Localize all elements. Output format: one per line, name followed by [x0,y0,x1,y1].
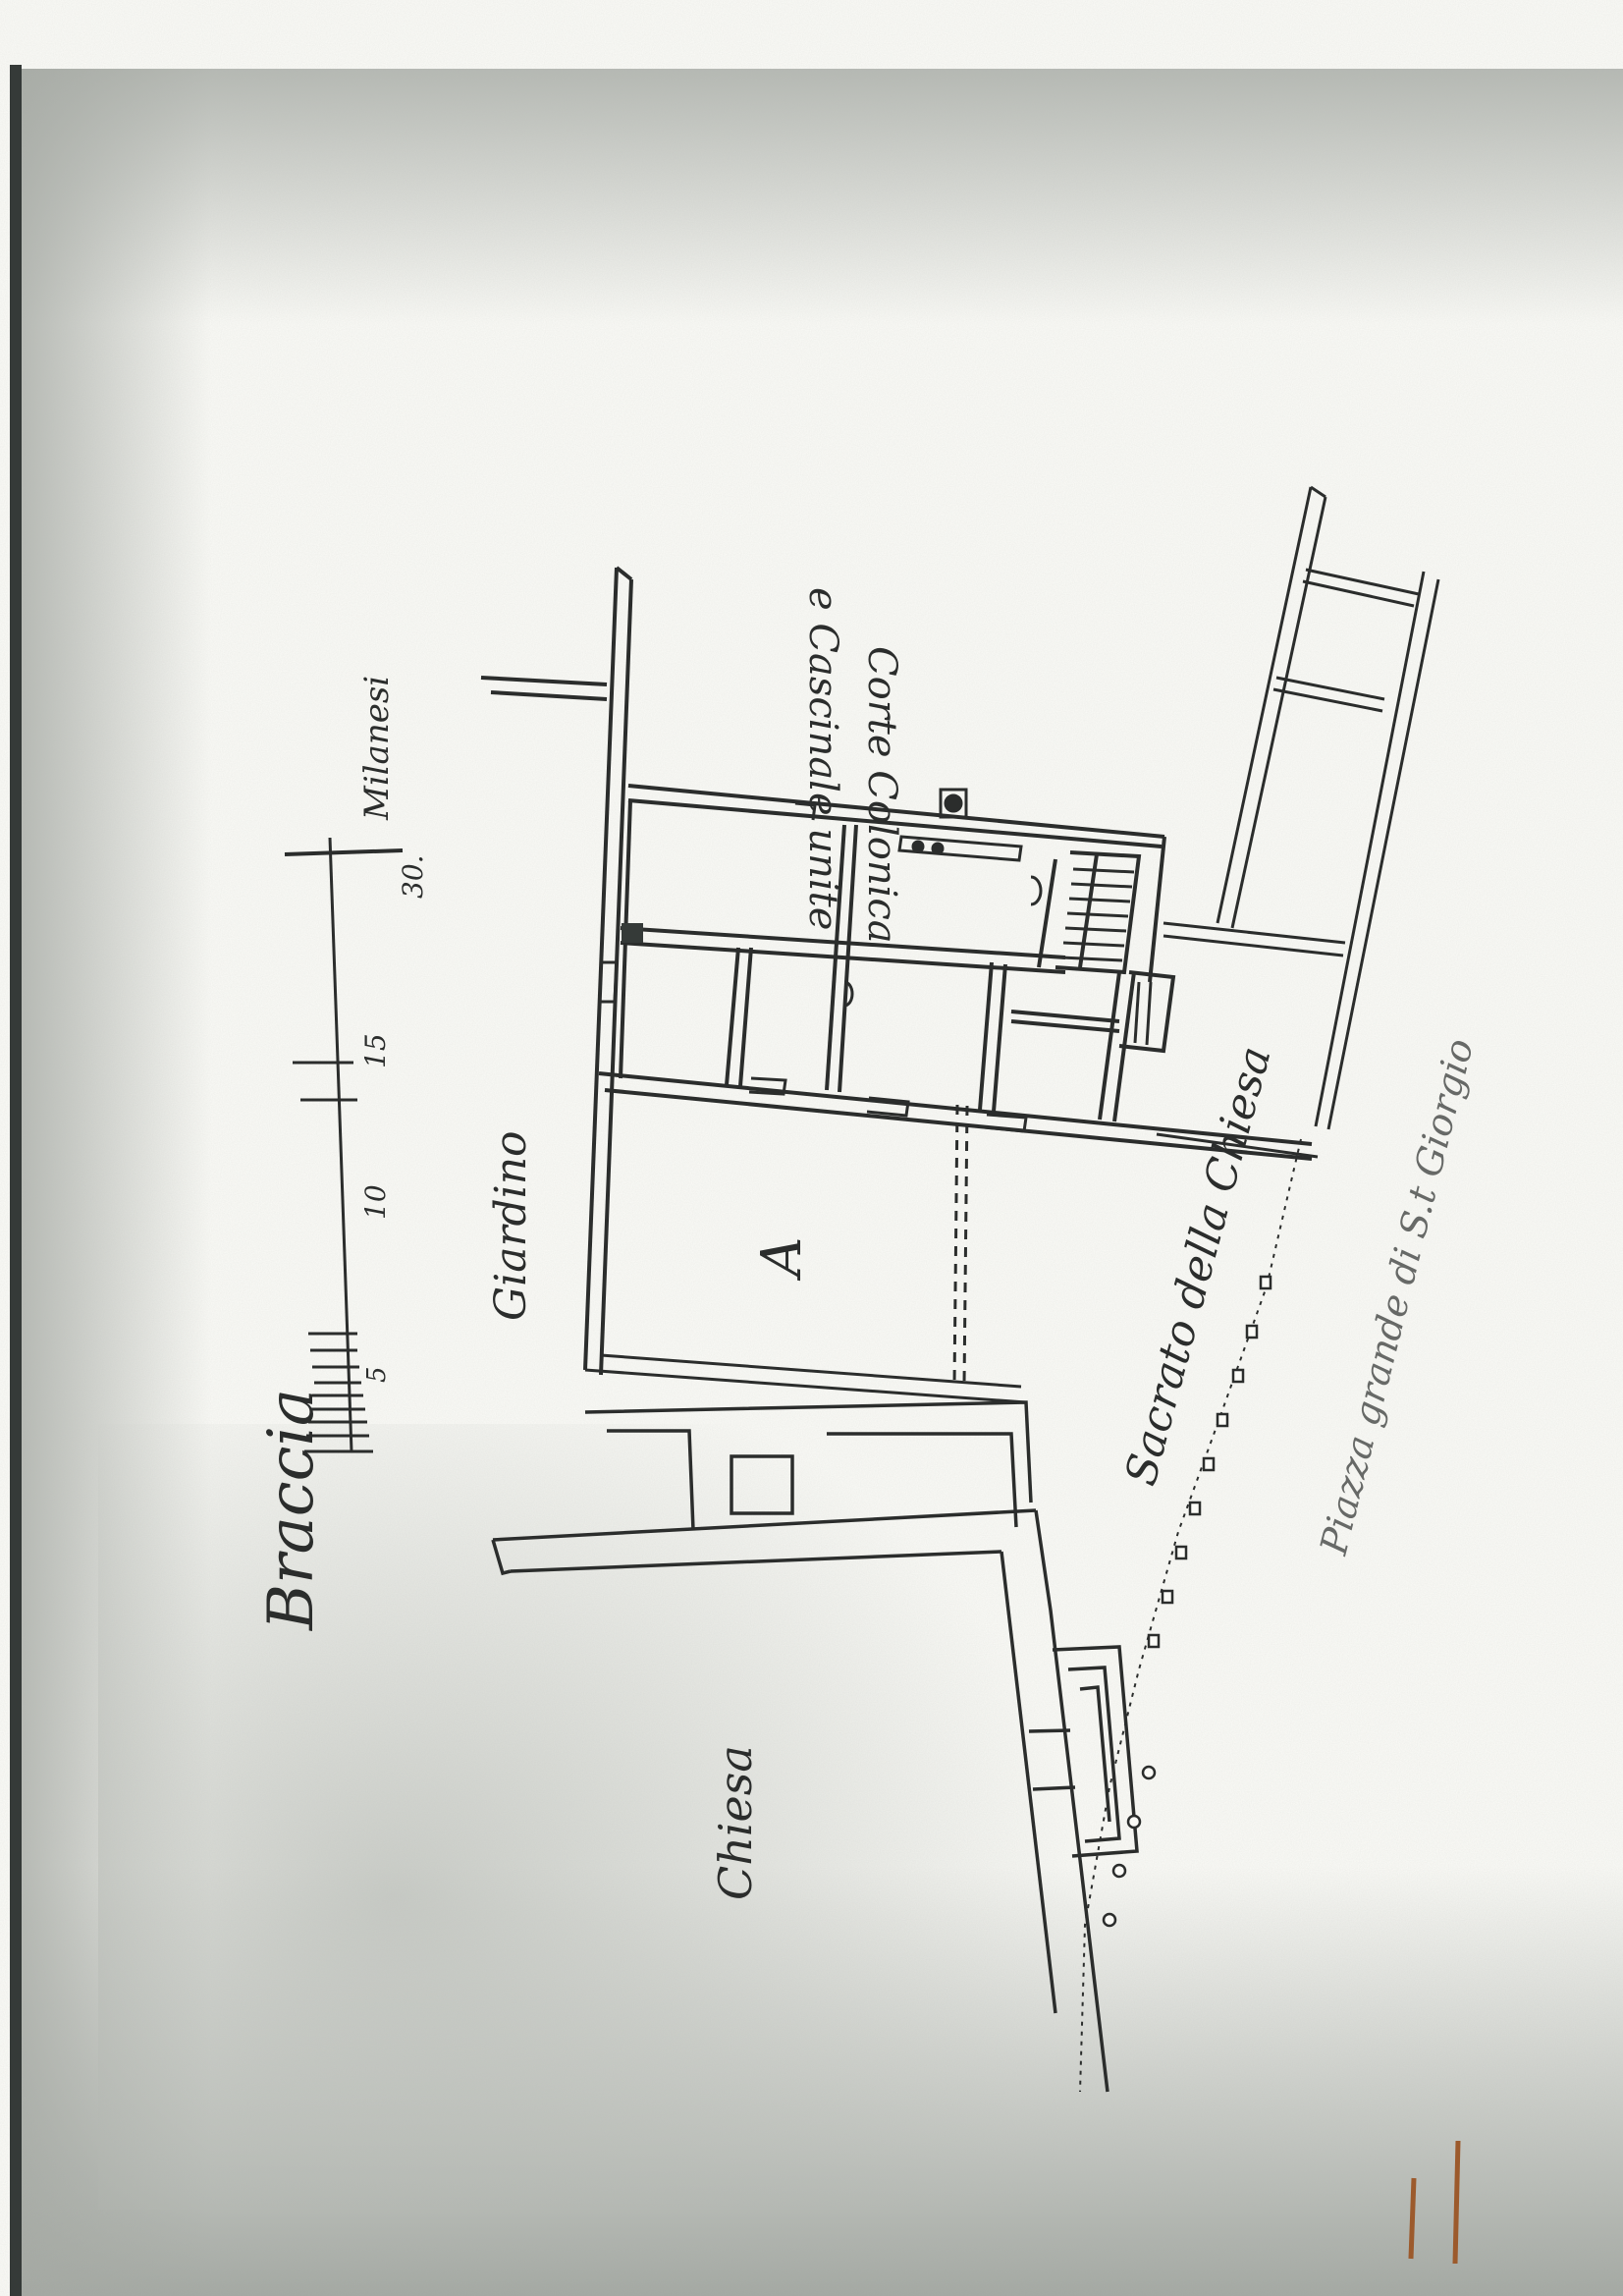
scan-border-left [10,65,22,2296]
label-courtyard-line2: e Cascinale unite [800,587,845,930]
floor-plan-drawing: Braccia Milanesi 5 10 15 30. [0,0,1623,2296]
scale-tick-15: 15 [359,1033,392,1068]
label-area-a: A [750,1237,814,1282]
pier-mark [622,923,643,943]
label-church: Chiesa [709,1745,762,1900]
scale-tick-10: 10 [359,1184,392,1220]
scale-tick-30: 30. [397,854,429,899]
label-garden: Giardino [486,1130,536,1321]
scale-tick-5: 5 [362,1366,392,1383]
paper-grain [0,0,1623,2296]
scale-unit-label: Braccia [255,1389,328,1631]
label-courtyard: Corte Colonica [859,646,904,944]
scale-unit-suffix: Milanesi [357,676,397,821]
floor-plan-sheet: Braccia Milanesi 5 10 15 30. [0,0,1623,2296]
